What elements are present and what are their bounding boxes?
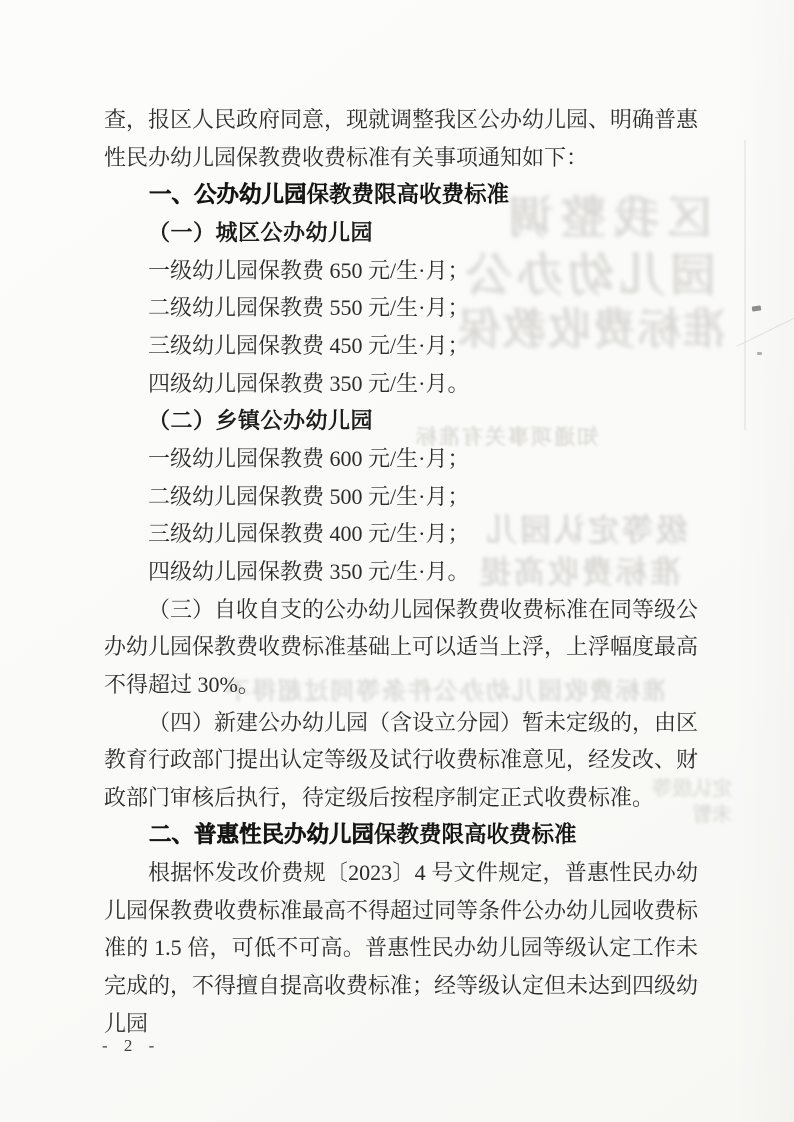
subsection2-heading: （二）乡镇公办幼儿园 bbox=[104, 402, 698, 440]
section2-heading: 二、普惠性民办幼儿园保教费限高收费标准 bbox=[104, 816, 698, 854]
intro-paragraph: 查，报区人民政府同意，现就调整我区公办幼儿园、明确普惠性民办幼儿园保教费收费标准… bbox=[104, 101, 698, 176]
section1-heading: 一、公办幼儿园保教费限高收费标准 bbox=[104, 176, 698, 214]
section1-heading-strong: 一、公办幼儿园 bbox=[149, 182, 307, 207]
ink-speck bbox=[757, 352, 762, 355]
paragraph-item3: （三）自收自支的公办幼儿园保教费收费标准在同等级公办幼儿园保教费收费标准基础上可… bbox=[104, 591, 698, 704]
fee-item-urban-level1: 一级幼儿园保教费 650 元/生·月； bbox=[104, 252, 698, 290]
document-body: 查，报区人民政府同意，现就调整我区公办幼儿园、明确普惠性民办幼儿园保教费收费标准… bbox=[104, 0, 698, 1042]
section2-heading-strong: 二、普惠性民办幼儿园 bbox=[149, 822, 374, 847]
section2-paragraph1: 根据怀发改价费规〔2023〕4 号文件规定，普惠性民办幼儿园保教费收费标准最高不… bbox=[104, 854, 698, 1042]
fee-item-township-level4: 四级幼儿园保教费 350 元/生·月。 bbox=[104, 553, 698, 591]
paper-edge-shading bbox=[734, 0, 794, 1122]
subsection1-heading: （一）城区公办幼儿园 bbox=[104, 214, 698, 252]
fee-item-urban-level3: 三级幼儿园保教费 450 元/生·月； bbox=[104, 327, 698, 365]
page-number: - 2 - bbox=[102, 1036, 160, 1056]
document-page: 区我整调 园儿幼办公 准标费收教保 知通项事关有准标 级等定认园儿 准标费收高提… bbox=[0, 0, 794, 1122]
fee-item-township-level3: 三级幼儿园保教费 400 元/生·月； bbox=[104, 515, 698, 553]
section1-heading-rest: 保教费限高收费标准 bbox=[307, 182, 510, 207]
fee-item-township-level1: 一级幼儿园保教费 600 元/生·月； bbox=[104, 440, 698, 478]
paragraph-item4: （四）新建公办幼儿园（含设立分园）暂未定级的，由区教育行政部门提出认定等级及试行… bbox=[104, 704, 698, 817]
fee-item-township-level2: 二级幼儿园保教费 500 元/生·月； bbox=[104, 478, 698, 516]
scan-streak bbox=[744, 140, 746, 430]
section2-heading-rest: 保教费限高收费标准 bbox=[374, 822, 577, 847]
fee-item-urban-level2: 二级幼儿园保教费 550 元/生·月； bbox=[104, 289, 698, 327]
fee-item-urban-level4: 四级幼儿园保教费 350 元/生·月。 bbox=[104, 365, 698, 403]
